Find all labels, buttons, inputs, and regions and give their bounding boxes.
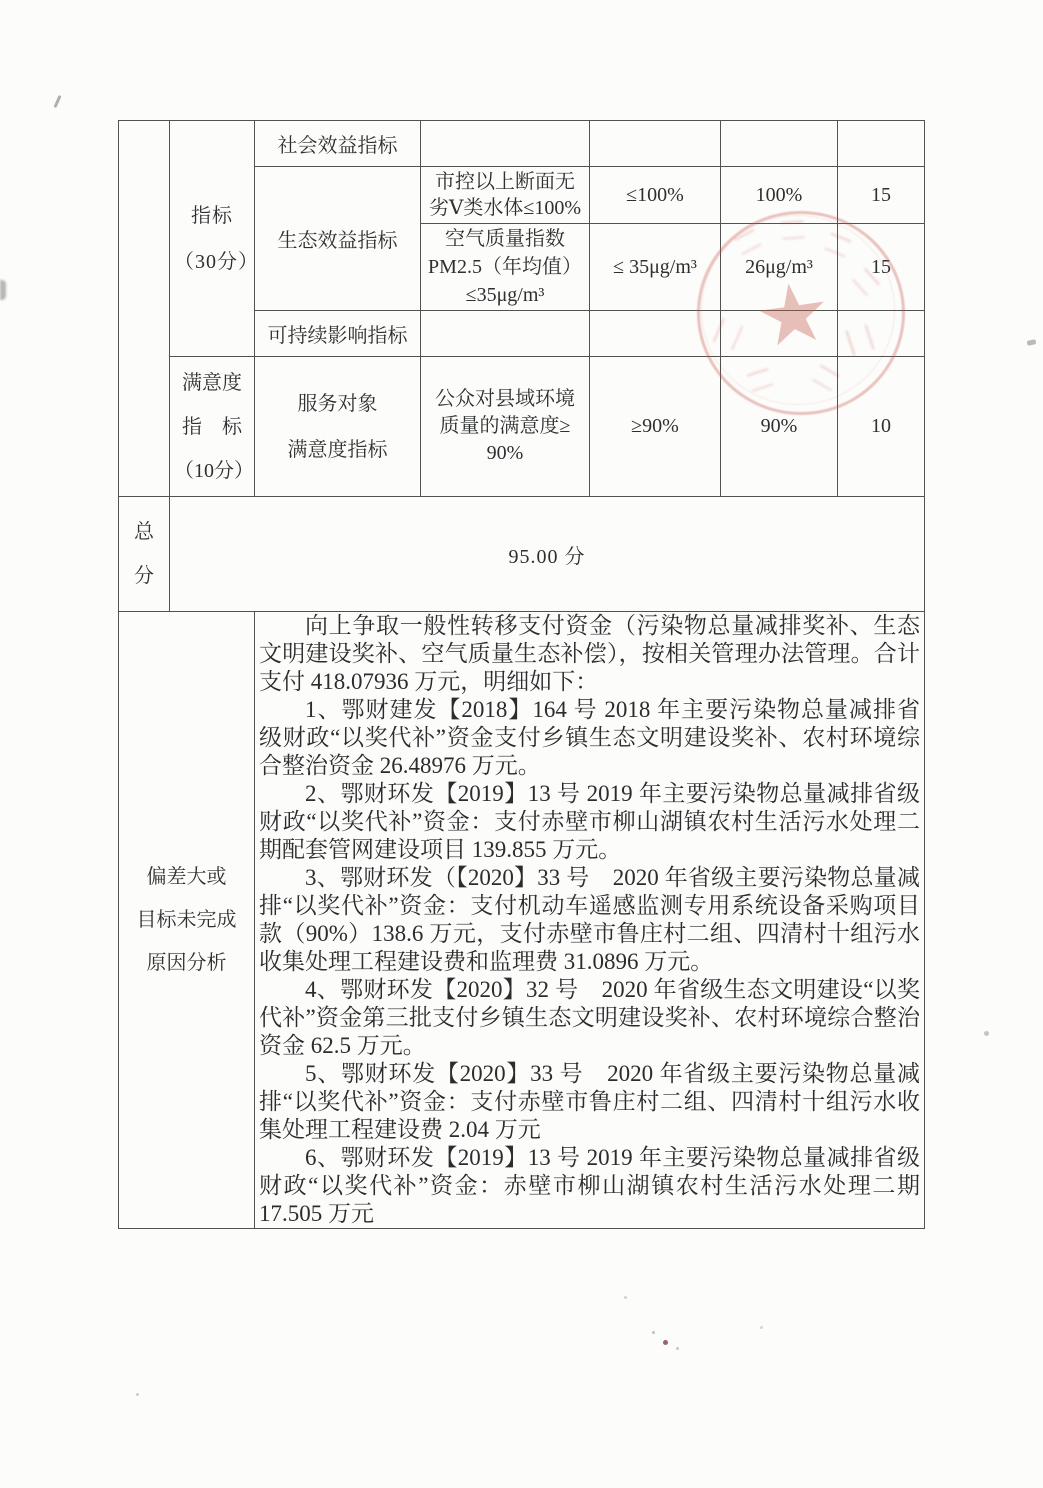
scanned-document-page: 指标 （30分） 社会效益指标 生态效益指标 市控以上断面无 劣Ⅴ类水体≤100… — [0, 0, 1043, 1488]
scan-speck — [1027, 339, 1037, 346]
row-total-score: 总 分 95.00 分 — [119, 497, 925, 612]
cell-left-spacer — [119, 121, 170, 497]
cell-water-indicator: 市控以上断面无 劣Ⅴ类水体≤100% — [421, 167, 590, 224]
cell-air-score: 15 — [838, 224, 925, 311]
cell-sustainability-label: 可持续影响指标 — [255, 311, 421, 357]
cell-air-actual: 26μg/m³ — [721, 224, 838, 311]
scan-speck — [136, 1393, 139, 1396]
cell-analysis-text: 向上争取一般性转移支付资金（污染物总量减排奖补、生态文明建设奖补、空气质量生态补… — [255, 612, 925, 1229]
cell-empty — [590, 311, 721, 357]
cell-empty — [421, 311, 590, 357]
cell-satisfaction-score: 10 — [838, 357, 925, 497]
cell-indicator-group-label: 指标 （30分） — [170, 121, 255, 357]
scan-speck — [652, 1331, 655, 1334]
cell-water-target: ≤100% — [590, 167, 721, 224]
cell-water-actual: 100% — [721, 167, 838, 224]
cell-air-indicator: 空气质量指数 PM2.5（年均值） ≤35μg/m³ — [421, 224, 590, 311]
scan-speck — [984, 1031, 989, 1036]
analysis-paragraph: 2、鄂财环发【2019】13 号 2019 年主要污染物总量减排省级财政“以奖代… — [259, 780, 920, 864]
analysis-paragraph: 向上争取一般性转移支付资金（污染物总量减排奖补、生态文明建设奖补、空气质量生态补… — [259, 612, 920, 696]
analysis-paragraph: 1、鄂财建发【2018】164 号 2018 年主要污染物总量减排省级财政“以奖… — [259, 696, 920, 780]
cell-satisfaction-actual: 90% — [721, 357, 838, 497]
cell-satisfaction-group-label: 满意度 指 标 （10分） — [170, 357, 255, 497]
cell-empty — [721, 311, 838, 357]
scan-speck — [53, 95, 61, 108]
cell-total-value: 95.00 分 — [170, 497, 925, 612]
analysis-paragraph: 6、鄂财环发【2019】13 号 2019 年主要污染物总量减排省级财政“以奖代… — [259, 1144, 920, 1228]
cell-social-benefit-label: 社会效益指标 — [255, 121, 421, 167]
cell-total-label: 总 分 — [119, 497, 170, 612]
cell-satisfaction-indicator: 公众对县域环境 质量的满意度≥ 90% — [421, 357, 590, 497]
cell-empty — [421, 121, 590, 167]
scan-speck — [624, 1296, 627, 1299]
cell-water-score: 15 — [838, 167, 925, 224]
cell-empty — [838, 311, 925, 357]
row-deviation-analysis: 偏差大或 目标未完成 原因分析 向上争取一般性转移支付资金（污染物总量减排奖补、… — [119, 612, 925, 1229]
cell-satisfaction-target: ≥90% — [590, 357, 721, 497]
cell-air-target: ≤ 35μg/m³ — [590, 224, 721, 311]
performance-evaluation-table: 指标 （30分） 社会效益指标 生态效益指标 市控以上断面无 劣Ⅴ类水体≤100… — [118, 120, 925, 1229]
cell-analysis-label: 偏差大或 目标未完成 原因分析 — [119, 612, 255, 1229]
analysis-paragraph: 5、鄂财环发【2020】33 号 2020 年省级主要污染物总量减排“以奖代补”… — [259, 1060, 920, 1144]
scan-speck — [760, 1326, 763, 1329]
scan-speck — [0, 280, 6, 300]
cell-empty — [838, 121, 925, 167]
row-satisfaction: 满意度 指 标 （10分） 服务对象 满意度指标 公众对县域环境 质量的满意度≥… — [119, 357, 925, 497]
row-social-benefit: 指标 （30分） 社会效益指标 — [119, 121, 925, 167]
analysis-paragraph: 4、鄂财环发【2020】32 号 2020 年省级生态文明建设“以奖代补”资金第… — [259, 976, 920, 1060]
scan-speck — [663, 1340, 668, 1345]
analysis-paragraph: 3、鄂财环发（【2020】33 号 2020 年省级主要污染物总量减排“以奖代补… — [259, 864, 920, 976]
cell-empty — [590, 121, 721, 167]
scan-speck — [676, 1347, 679, 1350]
cell-satisfaction-name: 服务对象 满意度指标 — [255, 357, 421, 497]
cell-empty — [721, 121, 838, 167]
cell-eco-benefit-label: 生态效益指标 — [255, 167, 421, 311]
